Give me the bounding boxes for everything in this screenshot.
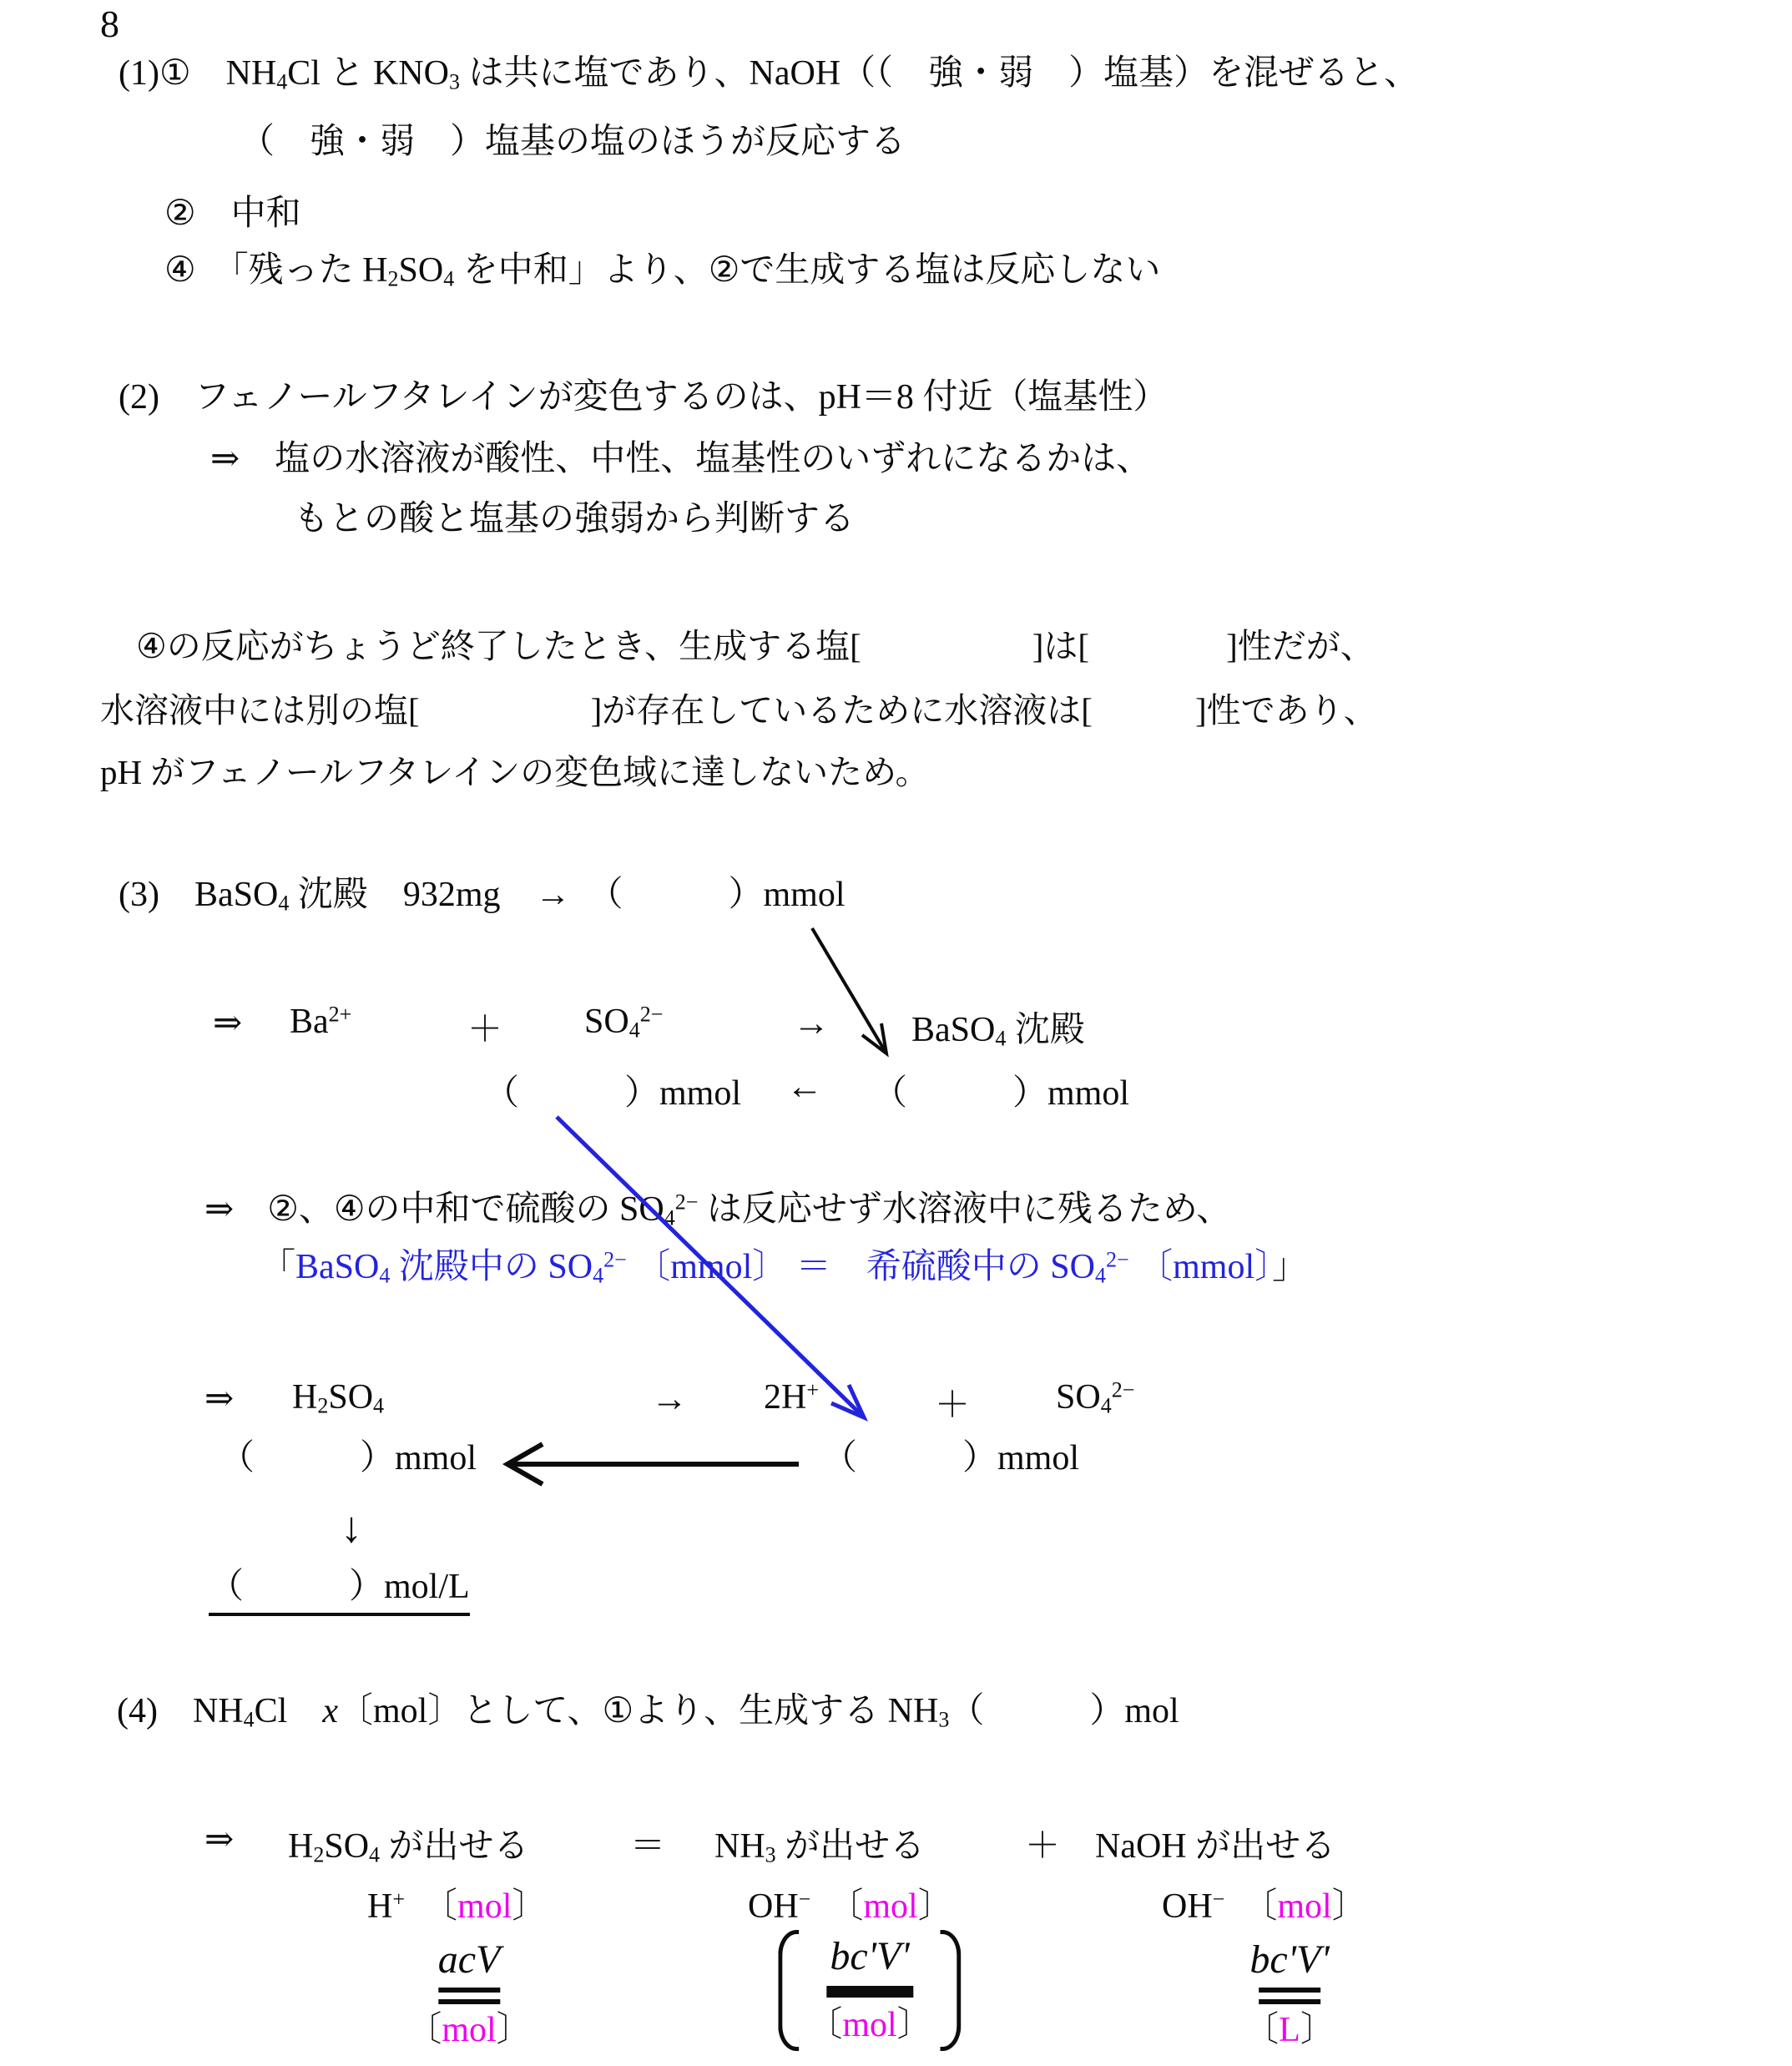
nh3-can-give: NH3 が出せる: [714, 1818, 925, 1868]
implies-arrow: ⇒: [213, 1002, 242, 1043]
h2so4: H2SO4: [292, 1377, 384, 1419]
oh-minus-mol: OH− 〔mol〕: [748, 1878, 953, 1928]
fraction-denominator: 〔mol〕: [406, 2011, 531, 2049]
q2-fill-paragraph-1: ④の反応がちょうど終了したとき、生成する塩[ ]は[ ]性だが、: [136, 625, 1375, 668]
text-segment: SO: [1056, 1378, 1101, 1417]
double-bar: [1259, 1988, 1320, 2004]
text-segment: 沈殿 932mg → （ ）mmol: [289, 876, 845, 914]
q3-line1: (3) BaSO4 沈殿 932mg → （ ）mmol: [119, 873, 846, 917]
baso4-precipitate: BaSO4 沈殿: [911, 1002, 1085, 1052]
text-segment: OH: [748, 1887, 799, 1926]
text-segment: SO: [324, 1827, 369, 1866]
bracket-open: 〔: [1244, 2011, 1279, 2049]
text-segment: (4) NH: [117, 1692, 244, 1730]
blue-text: BaSO4 沈殿中の SO42− 〔mmol〕 ＝ 希硫酸中の SO42− 〔m…: [295, 1248, 1272, 1286]
unit-litre: L: [1279, 2011, 1300, 2049]
subscript: 3: [449, 70, 460, 94]
reaction-arrow: →: [793, 1002, 830, 1044]
text-segment: Cl: [255, 1692, 323, 1730]
hydrogen-ion: 2H+: [764, 1377, 819, 1417]
fraction-bcv-2: bc'V' 〔L〕: [1244, 1938, 1335, 2049]
q2-line1: (2) フェノールフタレインが変色するのは、pH＝8 付近（塩基性）: [119, 376, 1168, 420]
text-segment: は反応せず水溶液中に残るため、: [698, 1190, 1231, 1229]
superscript: 2−: [1112, 1377, 1135, 1402]
blank-mmol-right: （ ）mmol: [822, 1430, 1079, 1480]
text-segment: 〔mmol〕: [1129, 1248, 1273, 1286]
q2-line2: ⇒ 塩の水溶液が酸性、中性、塩基性のいずれになるかは、: [210, 437, 1151, 482]
superscript: 2−: [640, 1002, 664, 1026]
text-segment: SO: [584, 1003, 629, 1041]
q1-line3: ② 中和: [164, 192, 301, 236]
bracket-open: 〔: [810, 1887, 863, 1926]
page-number: 8: [100, 0, 119, 48]
subscript: 4: [593, 1264, 603, 1288]
plus-sign: ＋: [1025, 1818, 1060, 1868]
bracket-close: 〕: [1300, 2011, 1335, 2049]
bracket-close: 〕: [497, 2011, 532, 2049]
fraction-denominator: 〔mol〕: [807, 2006, 931, 2044]
subscript: 4: [276, 70, 287, 94]
thick-bar: [826, 1986, 913, 1998]
underlined-answer: （ ）mol/L: [209, 1568, 470, 1616]
implies-arrow: ⇒: [204, 1377, 234, 1419]
q3-answer-mol-per-l: （ ）mol/L: [209, 1565, 470, 1609]
superscript: 2−: [675, 1190, 699, 1214]
subscript: 4: [1101, 1394, 1112, 1418]
q2-fill-paragraph-3: pH がフェノールフタレインの変色域に達しないため。: [100, 751, 930, 794]
q3-blue-statement: 「BaSO4 沈殿中の SO42− 〔mmol〕 ＝ 希硫酸中の SO42− 〔…: [260, 1245, 1307, 1290]
fraction-numerator: acV: [438, 1938, 501, 1983]
text-segment: H: [292, 1378, 317, 1417]
subscript: 4: [369, 1843, 380, 1867]
q4-balance-row: ⇒ H2SO4 が出せる ＝ NH3 が出せる ＋ NaOH が出せる: [0, 1818, 1792, 1878]
text-segment: 〔mmol〕 ＝ 希硫酸中の SO: [627, 1248, 1095, 1286]
q2-fill-paragraph-2: 水溶液中には別の塩[ ]が存在しているために水溶液は[ ]性であり、: [100, 690, 1378, 732]
blank-mmol-left: （ ）mmol: [220, 1430, 477, 1480]
bracket-open: 〔: [406, 2011, 442, 2049]
sulfate-ion: SO42−: [584, 1002, 663, 1043]
subscript: 3: [938, 1708, 949, 1732]
subscript: 4: [629, 1018, 640, 1043]
fraction-numerator: bc'V': [830, 1933, 909, 1979]
text-segment: SO: [398, 251, 443, 290]
implies-arrow: ⇒: [204, 1190, 234, 1229]
text-segment: H: [288, 1827, 313, 1866]
text-segment: SO: [328, 1378, 373, 1417]
bracket-open: 〔: [807, 2006, 842, 2044]
q1-line1: (1)① NH4Cl と KNO3 は共に塩であり、NaOH（（ 強・弱 ）塩基…: [119, 52, 1419, 96]
superscript: 2−: [1106, 1247, 1129, 1271]
sulfate-ion: SO42−: [1056, 1377, 1134, 1419]
fraction-numerator: bc'V': [1249, 1938, 1329, 1983]
subscript: 4: [1095, 1264, 1106, 1288]
plus-sign: ＋: [935, 1377, 970, 1427]
fraction-denominator: 〔L〕: [1244, 2011, 1335, 2049]
h2so4-can-give: H2SO4 が出せる: [288, 1818, 529, 1868]
chemistry-worksheet-page: 8 (1)① NH4Cl と KNO3 は共に塩であり、NaOH（（ 強・弱 ）…: [0, 0, 1792, 2066]
oh-minus-mol-2: OH− 〔mol〕: [1162, 1878, 1367, 1928]
text-segment: が出せる: [380, 1827, 529, 1866]
superscript: −: [1213, 1887, 1225, 1911]
big-bracket-right: [941, 1930, 962, 2051]
subscript: 2: [387, 267, 398, 291]
q3-equation2-amounts: （ ）mmol （ ）mmol: [0, 1430, 1792, 1490]
q3-equation2: ⇒ H2SO4 → 2H+ ＋ SO42−: [0, 1377, 1792, 1437]
text-segment: Ba: [290, 1003, 329, 1041]
text-segment: NH: [714, 1827, 765, 1866]
blank-mmol-right: （ ）mmol: [872, 1065, 1129, 1115]
ba-ion: Ba2+: [290, 1002, 351, 1042]
naoh-can-give: NaOH が出せる: [1095, 1818, 1335, 1868]
subscript: 4: [995, 1027, 1006, 1051]
down-arrow: ↓: [341, 1501, 362, 1555]
double-bar: [438, 1988, 500, 2004]
text-segment: (1)① NH: [119, 54, 276, 93]
text-segment: BaSO: [911, 1011, 995, 1049]
implies-arrow: ⇒: [204, 1818, 234, 1860]
text-segment: 〔mol〕として、①より、生成する NH: [338, 1692, 938, 1730]
unit-mol: mol: [863, 1887, 917, 1926]
q3-note-line: ⇒②、④の中和で硫酸の SO42− は反応せず水溶液中に残るため、: [204, 1188, 1231, 1232]
subscript: 4: [244, 1708, 255, 1732]
superscript: +: [392, 1887, 405, 1911]
text-segment: H: [367, 1887, 392, 1926]
superscript: 2+: [329, 1002, 352, 1026]
unit-mol: mol: [442, 2011, 496, 2049]
q4-line1: (4) NH4Cl x〔mol〕として、①より、生成する NH3（ ）mol: [117, 1690, 1179, 1734]
text-segment: Cl と KNO: [287, 54, 449, 93]
fraction-bcv-bracketed: bc'V' 〔mol〕: [778, 1930, 961, 2051]
bracket-close: 〕: [512, 1887, 547, 1926]
superscript: −: [799, 1887, 811, 1911]
left-arrow: ←: [786, 1065, 823, 1108]
variable-x: x: [322, 1692, 338, 1730]
quote-open: 「: [260, 1248, 295, 1286]
superscript: 2−: [603, 1247, 627, 1271]
bracket-close: 〕: [918, 1887, 953, 1926]
bracket-close: 〕: [897, 2006, 932, 2044]
subscript: 4: [379, 1264, 390, 1288]
bracket-open: 〔: [1224, 1887, 1277, 1926]
text-segment: （ ）mol: [949, 1692, 1179, 1730]
quote-close: 」: [1272, 1248, 1307, 1286]
text-segment: 沈殿中の SO: [390, 1248, 593, 1286]
equals-sign: ＝: [630, 1818, 665, 1868]
unit-mol: mol: [842, 2006, 896, 2044]
text-segment: が出せる: [776, 1827, 926, 1866]
fraction-acv: acV 〔mol〕: [406, 1938, 531, 2049]
text-segment: OH: [1162, 1887, 1213, 1926]
q3-equation1: ⇒ Ba2+ ＋ SO42− → BaSO4 沈殿: [0, 1002, 1792, 1062]
q3-equation1-amounts: （ ）mmol ← （ ）mmol: [0, 1065, 1792, 1125]
text-segment: ④ 「残った H: [164, 251, 387, 290]
bracket-close: 〕: [1332, 1887, 1367, 1926]
text-segment: (3) BaSO: [119, 876, 278, 914]
subscript: 2: [317, 1394, 328, 1418]
text-segment: 沈殿: [1006, 1011, 1085, 1049]
subscript: 4: [443, 267, 454, 291]
q2-line3: もとの酸と塩基の強弱から判断する: [294, 498, 855, 542]
subscript: 3: [765, 1843, 776, 1867]
subscript: 4: [664, 1206, 675, 1230]
big-bracket-left: [778, 1930, 799, 2051]
blank-mmol-left: （ ）mmol: [484, 1065, 741, 1115]
h-plus-mol: H+ 〔mol〕: [367, 1878, 547, 1928]
subscript: 4: [278, 892, 289, 916]
text-segment: ②、④の中和で硫酸の SO: [267, 1190, 664, 1229]
unit-mol: mol: [1277, 1887, 1331, 1926]
text-segment: BaSO: [295, 1248, 379, 1286]
q1-line2: （ 強・弱 ）塩基の塩のほうが反応する: [240, 120, 906, 164]
subscript: 4: [373, 1394, 384, 1418]
superscript: +: [806, 1377, 819, 1402]
subscript: 2: [313, 1843, 324, 1867]
bracket-open: 〔: [405, 1887, 457, 1926]
reaction-arrow: →: [651, 1377, 688, 1420]
unit-mol: mol: [457, 1887, 512, 1926]
plus-sign: ＋: [467, 1002, 502, 1052]
q1-line4: ④ 「残った H2SO4 を中和」より、②で生成する塩は反応しない: [164, 249, 1160, 293]
text-segment: を中和」より、②で生成する塩は反応しない: [454, 251, 1160, 290]
text-segment: 2H: [764, 1378, 806, 1417]
text-segment: は共に塩であり、NaOH（（ 強・弱 ）塩基）を混ぜると、: [460, 54, 1419, 93]
